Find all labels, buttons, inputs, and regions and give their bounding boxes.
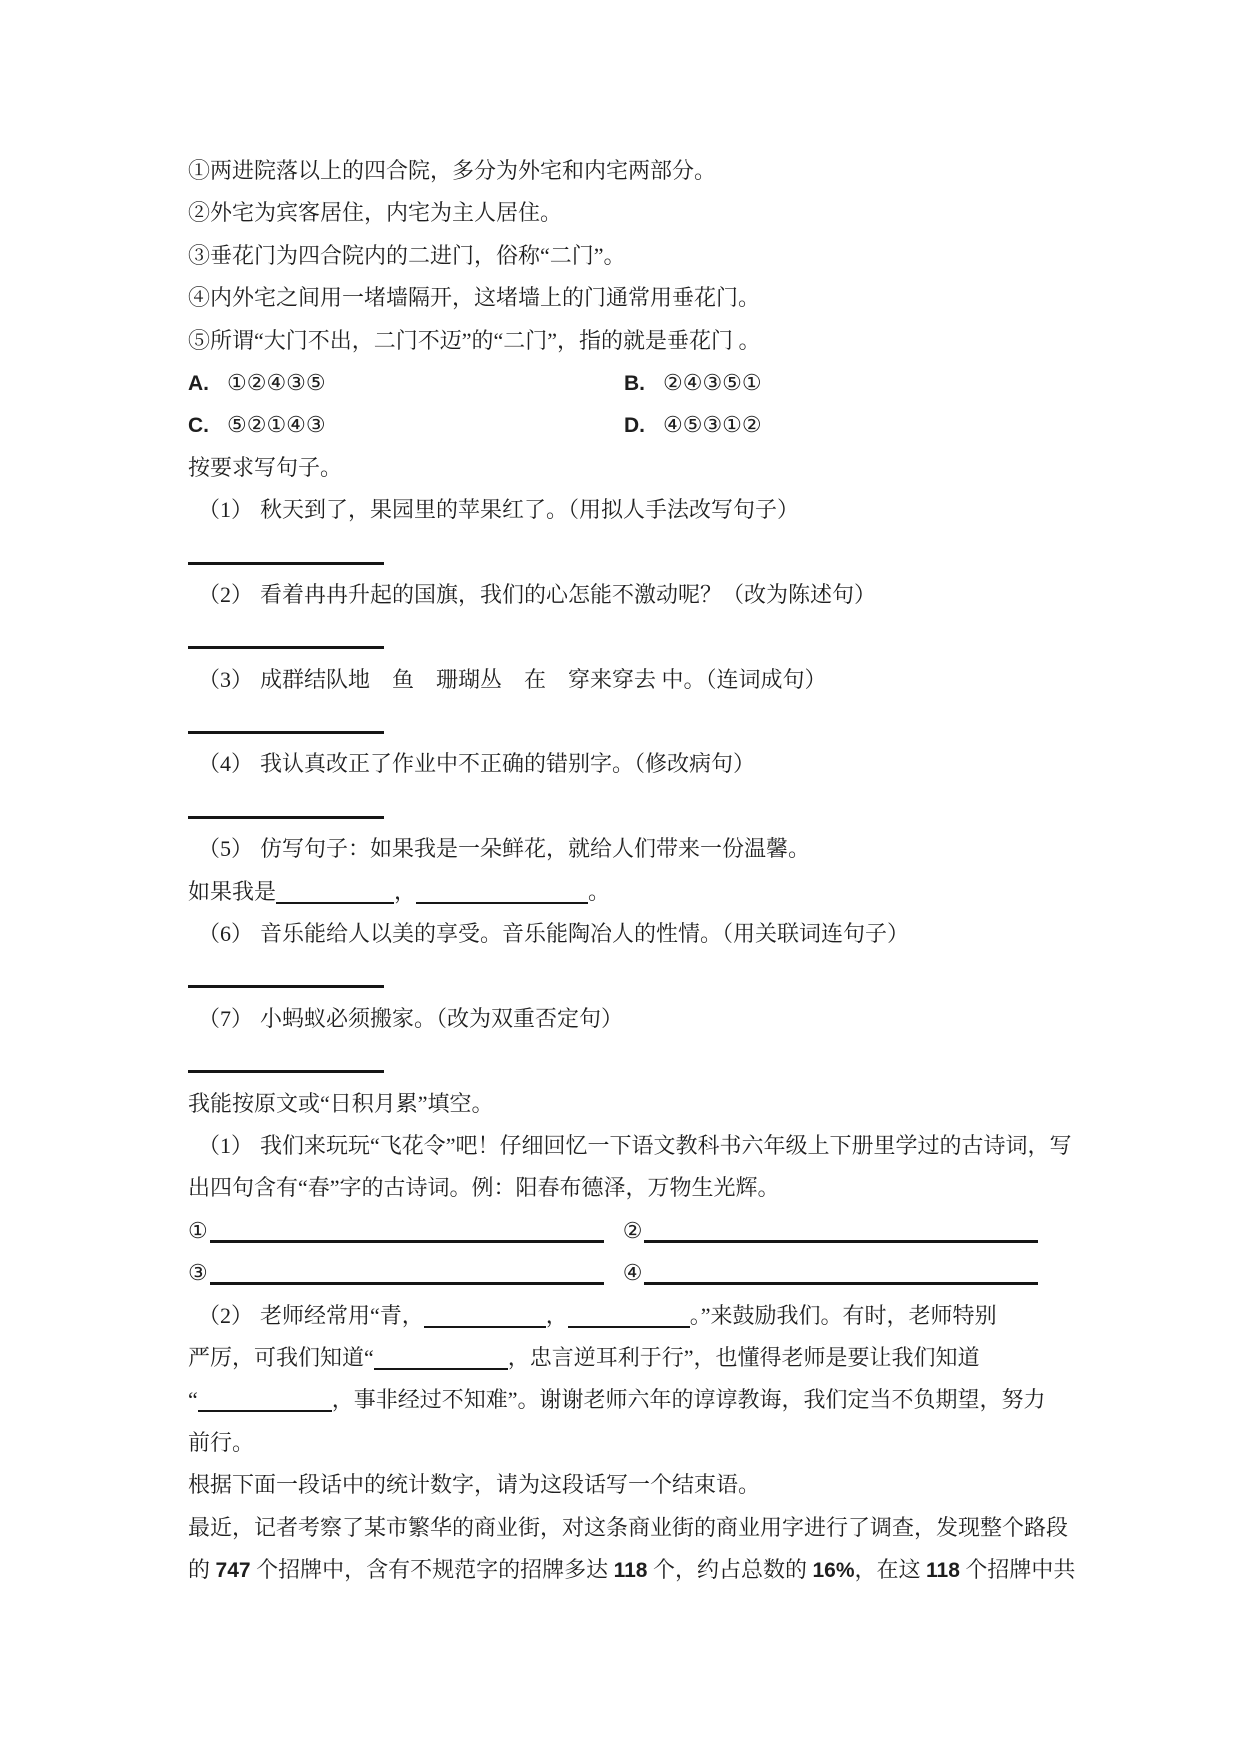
item-2-label: （2） xyxy=(198,582,253,607)
recite-item-2-line-2: 严厉，可我们知道“，忠言逆耳利于行”，也懂得老师是要让我们知道 xyxy=(188,1337,1060,1379)
fill-comma: ， xyxy=(394,879,416,904)
para-segment: ，在这 xyxy=(855,1557,927,1582)
slot-number-4: ④ xyxy=(623,1260,643,1285)
option-c: C. ⑤②①④③ xyxy=(188,404,624,446)
item-2-text: 看着冉冉升起的国旗，我们的心怎能不激动呢？（改为陈述句） xyxy=(260,582,876,607)
poem-slot-4: ④ xyxy=(623,1252,1039,1294)
item-4-text: 我认真改正了作业中不正确的错别字。（修改病句） xyxy=(260,751,755,776)
answer-blank-line xyxy=(188,558,384,565)
option-a-label: A. xyxy=(188,363,209,405)
stat-number-signs-total: 747 xyxy=(216,1559,251,1582)
answer-blank-row xyxy=(188,532,1060,574)
options-row-1: A. ①②④③⑤ B. ②④③⑤① xyxy=(188,362,1060,404)
option-d-label: D. xyxy=(624,405,645,447)
recite-item-2-label: （2） xyxy=(198,1303,253,1328)
item-3-text: 成群结队地 鱼 珊瑚丛 在 穿来穿去 中。（连词成句） xyxy=(260,667,827,692)
fill-prefix: 如果我是 xyxy=(188,879,276,904)
recite-item-2-line-2b: ，忠言逆耳利于行”，也懂得老师是要让我们知道 xyxy=(508,1345,980,1370)
poem-slot-row-1: ①② xyxy=(188,1210,1060,1252)
recite-item-2-seg-1: 老师经常用“青， xyxy=(260,1303,424,1328)
recite-item-2-line-2a: 严厉，可我们知道“ xyxy=(188,1345,374,1370)
answer-blank-row xyxy=(188,955,1060,997)
answer-blank-row xyxy=(188,701,1060,743)
answer-blank-line xyxy=(188,812,384,819)
option-d-value: ④⑤③①② xyxy=(663,404,762,446)
answer-blank xyxy=(568,1322,690,1328)
stat-number-percent: 16% xyxy=(812,1559,854,1582)
recite-item-1-label: （1） xyxy=(198,1133,253,1158)
options-row-2: C. ⑤②①④③ D. ④⑤③①② xyxy=(188,404,1060,446)
para-segment: 个招牌中共 xyxy=(960,1557,1076,1582)
answer-blank xyxy=(210,1278,604,1285)
item-6-text: 音乐能给人以美的享受。音乐能陶冶人的性情。（用关联词连句子） xyxy=(260,921,909,946)
recite-item-1-line-2: 出四句含有“春”字的古诗词。例：阳春布德泽，万物生光辉。 xyxy=(188,1167,1060,1209)
statement-line-5: ⑤所谓“大门不出，二门不迈”的“二门”，指的就是垂花门 。 xyxy=(188,320,1060,362)
option-b-value: ②④③⑤① xyxy=(663,362,762,404)
item-1-text: 秋天到了，果园里的苹果红了。（用拟人手法改写句子） xyxy=(260,497,799,522)
item-1-label: （1） xyxy=(198,497,253,522)
recite-item-2-line-1: （2）老师经常用“青，，。”来鼓励我们。有时，老师特别 xyxy=(188,1295,1060,1337)
answer-blank xyxy=(210,1236,604,1243)
option-d: D. ④⑤③①② xyxy=(624,404,1060,446)
question-item-1: （1）秋天到了，果园里的苹果红了。（用拟人手法改写句子） xyxy=(188,489,1060,531)
slot-number-2: ② xyxy=(623,1218,643,1243)
item-7-text: 小蚂蚁必须搬家。（改为双重否定句） xyxy=(260,1006,623,1031)
statement-line-1: ①两进院落以上的四合院，多分为外宅和内宅两部分。 xyxy=(188,150,1060,192)
poem-slot-row-2: ③④ xyxy=(188,1252,1060,1294)
answer-blank xyxy=(276,898,394,904)
section-heading-rewrite: 按要求写句子。 xyxy=(188,447,1060,489)
fill-period: 。 xyxy=(588,879,610,904)
item-7-label: （7） xyxy=(198,1006,253,1031)
item-5-label: （5） xyxy=(198,836,253,861)
item-4-label: （4） xyxy=(198,751,253,776)
option-a-value: ①②④③⑤ xyxy=(227,362,326,404)
answer-blank-line xyxy=(188,1066,384,1073)
section-heading-recite: 我能按原文或“日积月累”填空。 xyxy=(188,1083,1060,1125)
answer-blank xyxy=(644,1236,1038,1243)
section-heading-conclusion: 根据下面一段话中的统计数字，请为这段话写一个结束语。 xyxy=(188,1464,1060,1506)
option-b: B. ②④③⑤① xyxy=(624,362,1060,404)
question-item-6: （6）音乐能给人以美的享受。音乐能陶冶人的性情。（用关联词连句子） xyxy=(188,913,1060,955)
answer-blank-line xyxy=(188,981,384,988)
answer-blank xyxy=(424,1322,546,1328)
option-c-value: ⑤②①④③ xyxy=(227,404,326,446)
slot-number-3: ③ xyxy=(188,1260,208,1285)
question-item-3: （3）成群结队地 鱼 珊瑚丛 在 穿来穿去 中。（连词成句） xyxy=(188,659,1060,701)
statement-line-3: ③垂花门为四合院内的二进门，俗称“二门”。 xyxy=(188,235,1060,277)
statement-line-4: ④内外宅之间用一堵墙隔开，这堵墙上的门通常用垂花门。 xyxy=(188,277,1060,319)
conclusion-para-line-2: 的 747 个招牌中，含有不规范字的招牌多达 118 个，约占总数的 16%，在… xyxy=(188,1549,1060,1591)
answer-blank xyxy=(416,898,588,904)
stat-number-nonstandard-2: 118 xyxy=(926,1559,960,1582)
poem-slot-1: ① xyxy=(188,1210,604,1252)
recite-item-1-text: 我们来玩玩“飞花令”吧！仔细回忆一下语文教科书六年级上下册里学过的古诗词，写 xyxy=(260,1133,1072,1158)
recite-item-2-line-3b: ，事非经过不知难”。谢谢老师六年的谆谆教诲，我们定当不负期望，努力 xyxy=(332,1387,1046,1412)
para-segment: 的 xyxy=(188,1557,216,1582)
option-b-label: B. xyxy=(624,363,645,405)
conclusion-para-line-1: 最近，记者考察了某市繁华的商业街，对这条商业街的商业用字进行了调查，发现整个路段 xyxy=(188,1507,1060,1549)
para-segment: 个招牌中，含有不规范字的招牌多达 xyxy=(251,1557,614,1582)
recite-item-2-line-4: 前行。 xyxy=(188,1422,1060,1464)
answer-blank xyxy=(374,1364,508,1370)
slot-number-1: ① xyxy=(188,1218,208,1243)
answer-blank xyxy=(198,1406,332,1412)
question-item-7: （7）小蚂蚁必须搬家。（改为双重否定句） xyxy=(188,998,1060,1040)
poem-slot-3: ③ xyxy=(188,1252,604,1294)
option-a: A. ①②④③⑤ xyxy=(188,362,624,404)
item-6-label: （6） xyxy=(198,921,253,946)
question-item-4: （4）我认真改正了作业中不正确的错别字。（修改病句） xyxy=(188,743,1060,785)
statement-line-2: ②外宅为宾客居住，内宅为主人居住。 xyxy=(188,192,1060,234)
item-5-text: 仿写句子：如果我是一朵鲜花，就给人们带来一份温馨。 xyxy=(260,836,810,861)
recite-item-2-seg-3: 。”来鼓励我们。有时，老师特别 xyxy=(690,1303,997,1328)
recite-item-2-seg-2: ， xyxy=(546,1303,568,1328)
answer-blank xyxy=(644,1278,1038,1285)
answer-blank-row xyxy=(188,616,1060,658)
recite-item-2-line-3: “，事非经过不知难”。谢谢老师六年的谆谆教诲，我们定当不负期望，努力 xyxy=(188,1379,1060,1421)
answer-blank-row xyxy=(188,786,1060,828)
answer-blank-row xyxy=(188,1040,1060,1082)
item-5-fill-line: 如果我是，。 xyxy=(188,871,1060,913)
question-item-5: （5）仿写句子：如果我是一朵鲜花，就给人们带来一份温馨。 xyxy=(188,828,1060,870)
answer-blank-line xyxy=(188,727,384,734)
poem-slot-2: ② xyxy=(623,1210,1039,1252)
exam-content: ①两进院落以上的四合院，多分为外宅和内宅两部分。 ②外宅为宾客居住，内宅为主人居… xyxy=(188,150,1060,1591)
answer-blank-line xyxy=(188,642,384,649)
exam-page: ①两进院落以上的四合院，多分为外宅和内宅两部分。 ②外宅为宾客居住，内宅为主人居… xyxy=(0,0,1241,1754)
item-3-label: （3） xyxy=(198,667,253,692)
option-c-label: C. xyxy=(188,405,209,447)
recite-item-2-line-3a: “ xyxy=(188,1387,198,1412)
recite-item-1-line-1: （1）我们来玩玩“飞花令”吧！仔细回忆一下语文教科书六年级上下册里学过的古诗词，… xyxy=(188,1125,1060,1167)
para-segment: 个，约占总数的 xyxy=(647,1557,812,1582)
question-item-2: （2）看着冉冉升起的国旗，我们的心怎能不激动呢？（改为陈述句） xyxy=(188,574,1060,616)
stat-number-nonstandard: 118 xyxy=(614,1559,648,1582)
